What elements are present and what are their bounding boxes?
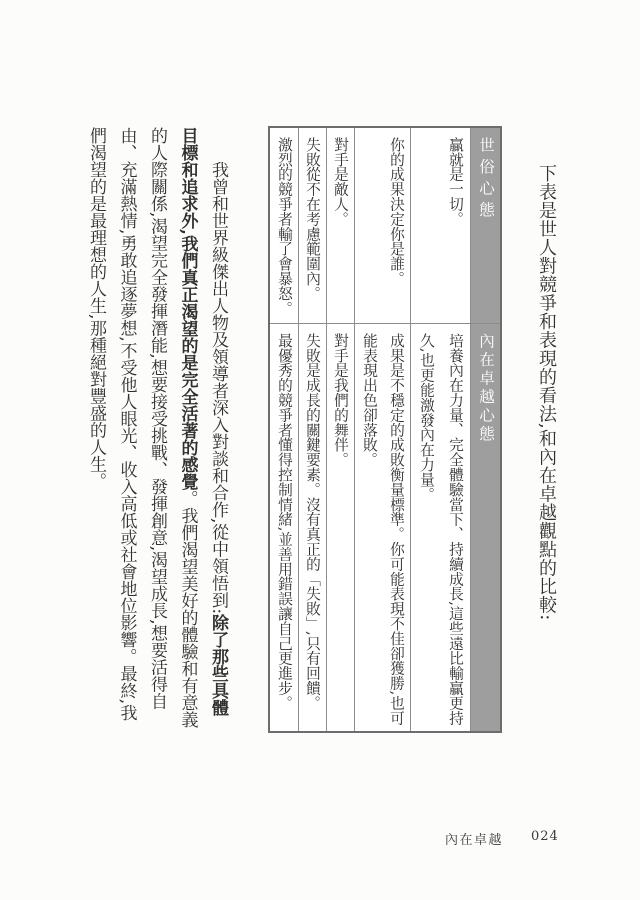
inner-cell-winning: 培養內在力量、完全體驗當下、持續成長,這些遠比輸贏更持久,也更能激發內在力量。 [411, 324, 470, 731]
body-paragraph-block: 我曾和世界級傑出人物及領導者深入對談和合作,從中領悟到:除了那些具體目標和追求外… [80, 127, 233, 733]
table-row-results: 你的成果決定你是誰。 成果是不穩定的成敗衡量標準。你可能表現不佳卻獲勝,也可能表… [354, 128, 410, 731]
worldly-cell-results: 你的成果決定你是誰。 [355, 128, 410, 324]
book-page: 下表是世人對競爭和表現的看法,和內在卓越觀點的比較: 世俗心態 內在卓越心態 贏… [0, 0, 640, 900]
paragraph-lead: 我曾和世界級傑出人物及領導者深入對談和合作,從中領悟到: [208, 161, 228, 614]
worldly-cell-emotions: 激烈的競爭者輸了會暴怒。 [270, 128, 298, 324]
worldly-cell-opponents: 對手是敵人。 [327, 128, 354, 324]
footer-book-title: 內在卓越 [445, 829, 503, 848]
table-header-inner-excellence: 內在卓越心態 [471, 324, 500, 731]
inner-cell-opponents: 對手是我們的舞伴。 [327, 324, 354, 731]
comparison-table: 世俗心態 內在卓越心態 贏就是一切。 培養內在力量、完全體驗當下、持續成長,這些… [268, 126, 502, 733]
table-header-column: 世俗心態 內在卓越心態 [470, 128, 500, 731]
table-header-worldly-mindset: 世俗心態 [471, 128, 500, 324]
table-row-failure: 失敗從不在考慮範圍內。 失敗是成長的關鍵要素。沒有真正的「失敗」,只有回饋。 [298, 128, 326, 731]
table-row-winning: 贏就是一切。 培養內在力量、完全體驗當下、持續成長,這些遠比輸贏更持久,也更能激… [410, 128, 470, 731]
table-intro-text: 下表是世人對競爭和表現的看法,和內在卓越觀點的比較: [533, 164, 559, 664]
table-row-emotions: 激烈的競爭者輸了會暴怒。 最優秀的競爭者懂得控制情緒,並善用錯誤讓自己更進步。 [270, 128, 298, 731]
worldly-cell-failure: 失敗從不在考慮範圍內。 [299, 128, 326, 324]
table-row-opponents: 對手是敵人。 對手是我們的舞伴。 [326, 128, 354, 731]
footer-page-number: 024 [531, 829, 559, 844]
inner-cell-results: 成果是不穩定的成敗衡量標準。你可能表現不佳卻獲勝,也可能表現出色卻落敗。 [355, 324, 410, 731]
inner-cell-failure: 失敗是成長的關鍵要素。沒有真正的「失敗」,只有回饋。 [299, 324, 326, 731]
worldly-cell-winning: 贏就是一切。 [411, 128, 470, 324]
inner-cell-emotions: 最優秀的競爭者懂得控制情緒,並善用錯誤讓自己更進步。 [270, 324, 298, 731]
body-paragraph: 我曾和世界級傑出人物及領導者深入對談和合作,從中領悟到:除了那些具體目標和追求外… [81, 127, 234, 733]
